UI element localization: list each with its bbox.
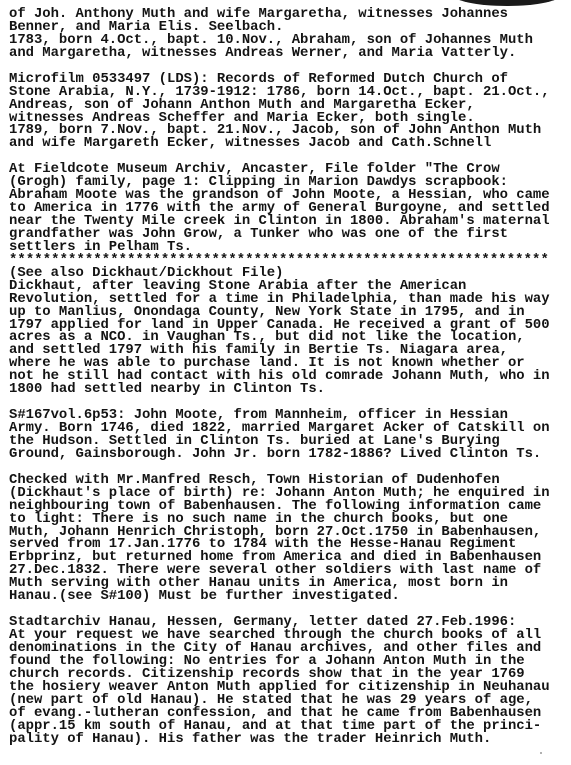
scan-speck <box>540 752 542 754</box>
typewritten-page: of Joh. Anthony Muth and wife Margaretha… <box>9 8 569 745</box>
paragraph-fieldcote-museum: At Fieldcote Museum Archiv, Ancaster, Fi… <box>9 163 569 254</box>
paragraph-microfilm-stone-arabia: Microfilm 0533497 (LDS): Records of Refo… <box>9 73 569 151</box>
text-line: Hanau.(see S#100) Must be further invest… <box>9 590 569 603</box>
text-line: pality of Hanau). His father was the tra… <box>9 733 569 746</box>
paragraph-dickhaut: (See also Dickhaut/Dickhout File) Dickha… <box>9 267 569 396</box>
paragraph-stadtarchiv-hanau: Stadtarchiv Hanau, Hessen, Germany, lett… <box>9 616 569 745</box>
paragraph-john-moote: S#167vol.6p53: John Moote, from Mannheim… <box>9 409 569 461</box>
text-line: 1800 had settled nearby in Clinton Ts. <box>9 383 569 396</box>
text-line: Ground, Gainsborough. John Jr. born 1782… <box>9 448 569 461</box>
paragraph-muth-baptisms: of Joh. Anthony Muth and wife Margaretha… <box>9 8 569 60</box>
paragraph-resch-dudenhofen: Checked with Mr.Manfred Resch, Town Hist… <box>9 474 569 603</box>
text-line: and wife Margareth Ecker, witnesses Jaco… <box>9 137 569 150</box>
text-line: and Margaretha, witnesses Andreas Werner… <box>9 47 569 60</box>
